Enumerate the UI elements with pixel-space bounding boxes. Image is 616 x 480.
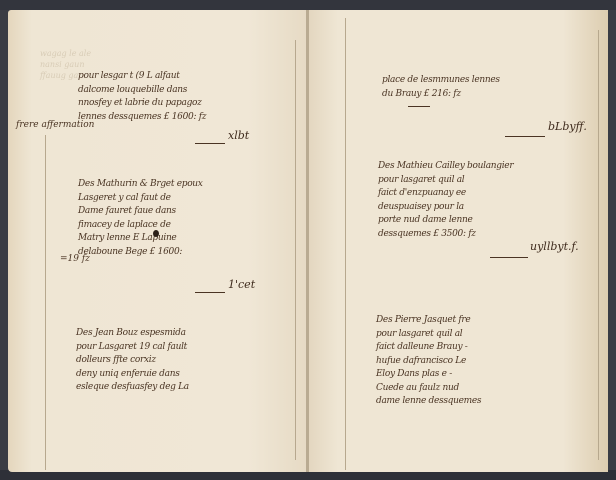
entry-line: nnosfey et labrie du papagoz xyxy=(78,97,206,111)
entry-line: Lasgeret y cal faut de xyxy=(78,192,203,206)
entry-line: deny uniq enferuie dans xyxy=(76,368,189,382)
margin-note: frere affermation xyxy=(16,120,94,130)
tally-mark: bLbyff. xyxy=(548,120,587,133)
book-gutter xyxy=(306,10,309,472)
tally-dash xyxy=(195,292,225,293)
ledger-entry-left-1: pour lesgar t (9 L alfaut dalcome louque… xyxy=(78,70,206,124)
entry-line: esleque desfuasfey deg La xyxy=(76,381,189,395)
entry-line: Matry lenne E Lapuine xyxy=(78,232,203,246)
tally-mark: uyllbyt.f. xyxy=(530,240,579,253)
entry-line: dolleurs ffte corxiz xyxy=(76,354,189,368)
entry-line: Des Mathurin & Brget epoux xyxy=(78,178,203,192)
entry-line: du Brauy £ 216: fz xyxy=(382,88,500,102)
ledger-entry-right-2: Des Mathieu Cailley boulangier pour lasg… xyxy=(378,160,513,241)
entry-line: pour lasgaret quil al xyxy=(378,174,513,188)
ledger-entry-right-1: place de lesmmunes lennes du Brauy £ 216… xyxy=(382,74,500,101)
right-margin-rule xyxy=(345,18,346,470)
entry-line: dalcome louquebille dans xyxy=(78,84,206,98)
entry-line: dame lenne dessquemes xyxy=(376,395,481,409)
ledger-entry-left-3: Des Jean Bouz espesmida pour Lasgaret 19… xyxy=(76,327,189,395)
entry-line: Des Jean Bouz espesmida xyxy=(76,327,189,341)
entry-line: pour lasgaret quil al xyxy=(376,328,481,342)
tally-dash xyxy=(408,106,430,107)
scan-top-border xyxy=(0,0,616,10)
entry-line: pour Lasgaret 19 cal fault xyxy=(76,341,189,355)
entry-line: delaboune Bege £ 1600: xyxy=(78,246,203,260)
ledger-entry-left-2: Des Mathurin & Brget epoux Lasgeret y ca… xyxy=(78,178,203,259)
tally-dash xyxy=(195,143,225,144)
entry-line: faict d'enzpuanay ee xyxy=(378,187,513,201)
tally-dash xyxy=(490,257,528,258)
entry-line: Des Pierre Jasquet fre xyxy=(376,314,481,328)
ledger-entry-right-3: Des Pierre Jasquet fre pour lasgaret qui… xyxy=(376,314,481,409)
entry-line: Des Mathieu Cailley boulangier xyxy=(378,160,513,174)
entry-line: porte nud dame lenne xyxy=(378,214,513,228)
tally-mark: 1'cet xyxy=(228,278,255,291)
tally-dash xyxy=(505,136,545,137)
left-page-right-rule xyxy=(295,40,296,460)
entry-line: dessquemes £ 3500: fz xyxy=(378,228,513,242)
tally-mark: xlbt xyxy=(228,129,249,142)
entry-line: Dame fauret faue dans xyxy=(78,205,203,219)
entry-line: deuspuaisey pour la xyxy=(378,201,513,215)
entry-line: lennes dessquemes £ 1600: fz xyxy=(78,111,206,125)
entry-line: pour lesgar t (9 L alfaut xyxy=(78,70,206,84)
entry-line: place de lesmmunes lennes xyxy=(382,74,500,88)
entry-line: hufue dafrancisco Le xyxy=(376,355,481,369)
entry-line: Cuede au faulz nud xyxy=(376,382,481,396)
margin-note: =19 fz xyxy=(60,254,90,264)
entry-line: Eloy Dans plas e - xyxy=(376,368,481,382)
entry-line: faict dalleune Brauy - xyxy=(376,341,481,355)
ink-blot xyxy=(153,230,159,237)
right-page-right-rule xyxy=(598,30,599,460)
entry-line: fimacey de laplace de xyxy=(78,219,203,233)
left-margin-rule xyxy=(45,135,46,470)
